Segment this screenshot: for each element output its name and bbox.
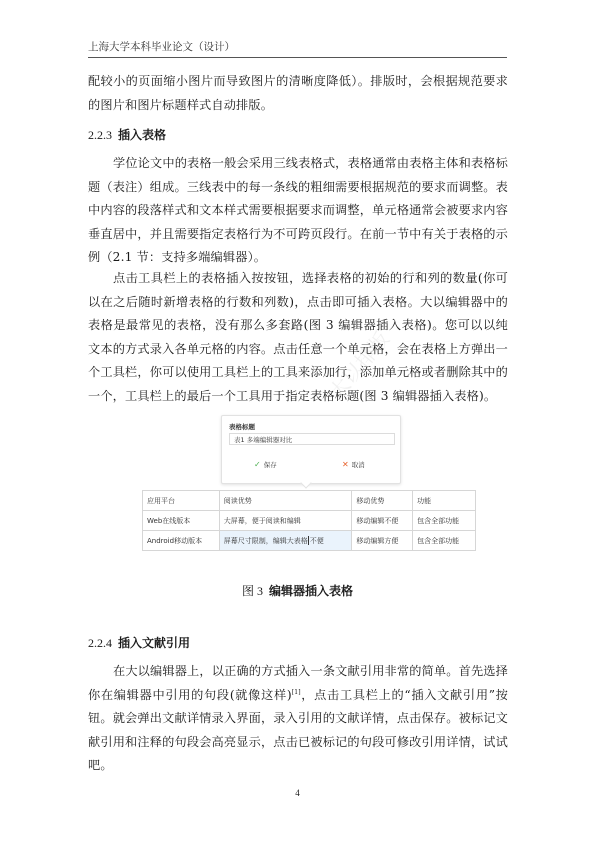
cell-text: 屏幕尺寸限制，编辑大表格	[224, 537, 308, 545]
cancel-button[interactable]: ✕ 取消	[342, 460, 365, 469]
table-cell[interactable]: 包含全部功能	[413, 511, 476, 531]
section-number: 2.2.4	[88, 636, 112, 650]
paragraph-table-insert: 点击工具栏上的表格插入按按钮，选择表格的初始的行和列的数量(你可以在之后随时新增…	[88, 267, 508, 408]
table-cell[interactable]: Android移动版本	[143, 531, 220, 551]
section-number: 2.2.3	[88, 128, 112, 142]
page-header: 上海大学本科毕业论文（设计）	[88, 40, 507, 58]
table-caption-input[interactable]: 表1 多端编辑器对比	[229, 433, 395, 445]
paragraph-continued: 配较小的页面缩小图片而导致图片的清晰度降低）。排版时，会根据规范要求的图片和图片…	[88, 70, 508, 117]
section-title: 插入表格	[118, 128, 166, 142]
table-cell[interactable]: 包含全部功能	[413, 531, 476, 551]
section-heading-2-2-3: 2.2.3插入表格	[88, 127, 166, 143]
section-heading-2-2-4: 2.2.4插入文献引用	[88, 635, 190, 651]
figure-caption: 图 3编辑器插入表格	[0, 582, 595, 599]
table-cell[interactable]: 移动编辑不便	[352, 511, 413, 531]
table-cell[interactable]: 大屏幕，便于阅读和编辑	[219, 511, 352, 531]
table-row: Android移动版本 屏幕尺寸限制，编辑大表格不便 移动编辑方便 包含全部功能	[143, 531, 476, 551]
citation-reference[interactable]: [1]	[292, 688, 301, 695]
cell-text: 不便	[310, 537, 324, 545]
editor-table: 应用平台 阅读优势 移动优势 功能 Web在线版本 大屏幕，便于阅读和编辑 移动…	[142, 490, 476, 551]
popup-label: 表格标题	[229, 422, 255, 431]
table-row: 应用平台 阅读优势 移动优势 功能	[143, 491, 476, 511]
figure-title: 编辑器插入表格	[269, 584, 353, 598]
figure-editor-insert-table: 表格标题 表1 多端编辑器对比 ✓ 保存 ✕ 取消 应用平台 阅读优势 移动优势…	[142, 415, 476, 555]
figure-number: 图 3	[242, 584, 263, 598]
table-row: Web在线版本 大屏幕，便于阅读和编辑 移动编辑不便 包含全部功能	[143, 511, 476, 531]
save-label: 保存	[264, 460, 277, 469]
table-caption-popup: 表格标题 表1 多端编辑器对比 ✓ 保存 ✕ 取消	[221, 415, 401, 484]
table-cell[interactable]: 移动优势	[352, 491, 413, 511]
table-cell[interactable]: Web在线版本	[143, 511, 220, 531]
save-button[interactable]: ✓ 保存	[254, 460, 277, 469]
table-cell[interactable]: 移动编辑方便	[352, 531, 413, 551]
paragraph-citation: 在大以编辑器上，以正确的方式插入一条文献引用非常的简单。首先选择你在编辑器中引用…	[88, 660, 508, 778]
table-cell[interactable]: 阅读优势	[219, 491, 352, 511]
cancel-label: 取消	[352, 460, 365, 469]
table-cell[interactable]: 应用平台	[143, 491, 220, 511]
paragraph-table-intro: 学位论文中的表格一般会采用三线表格式，表格通常由表格主体和表格标题（表注）组成。…	[88, 152, 508, 270]
table-cell[interactable]: 功能	[413, 491, 476, 511]
close-icon: ✕	[342, 461, 349, 469]
section-title: 插入文献引用	[118, 636, 190, 650]
table-cell-selected[interactable]: 屏幕尺寸限制，编辑大表格不便	[219, 531, 352, 551]
page-number: 4	[0, 788, 595, 798]
check-icon: ✓	[254, 461, 261, 469]
